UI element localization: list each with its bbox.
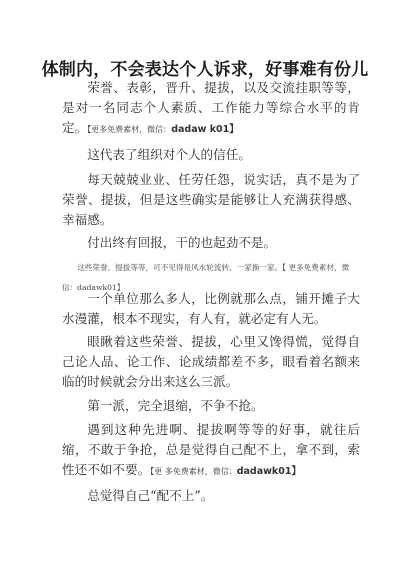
document-title: 体制内，不会表达个人诉求，好事难有份儿	[0, 55, 410, 80]
document-page: 体制内，不会表达个人诉求，好事难有份儿 荣誉、表彰，晋升、提拔，以及交流挂职等等…	[0, 0, 410, 580]
paragraph-8: 第一派，完全退缩，不争不抢。	[62, 396, 360, 416]
paragraph-10: 总觉得自己“配不上”。	[62, 486, 360, 506]
promo-tag: 【更多免费素材，微信：dadaw k01】	[87, 125, 239, 134]
paragraph-9: 遇到这种先进啊、提拔啊等等的好事，就往后缩，不敢于争抢，总是觉得自己配不上，拿不…	[62, 420, 360, 482]
promo-tag: 【更 多免费素材，微信：dadawk01】	[150, 467, 301, 476]
promo-tag-suffix: 】	[291, 466, 301, 477]
paragraph-6: 一个单位那么多人，比例就那么点，铺开摊子大水漫灌，根本不现实，有人有，就必定有人…	[62, 289, 360, 329]
paragraph-3: 每天兢兢业业、任劳任怨，说实话，真不是为了荣誉、提拔，但是这些确实是能够让人充满…	[62, 170, 360, 230]
promo-tag-id: dadaw k01	[171, 124, 229, 135]
promo-tag-prefix: 【更多免费素材，微信：	[87, 125, 171, 134]
paragraph-2: 这代表了组织对个人的信任。	[62, 145, 360, 165]
paragraph-4: 付出终有回报，干的也起劲不是。	[62, 233, 360, 253]
promo-tag-suffix: 】	[229, 124, 239, 135]
promo-tag-prefix: 【更 多免费素材，微信：	[150, 467, 237, 476]
paragraph-1: 荣誉、表彰，晋升、提拔，以及交流挂职等等，是对一名同志个人素质、工作能力等综合水…	[62, 78, 360, 140]
promo-tag-id: dadawk01	[237, 466, 292, 477]
paragraph-7: 眼瞅着这些荣誉、提拔，心里又馋得慌，觉得自己论人品、论工作、论成绩都差不多，眼看…	[62, 332, 360, 392]
